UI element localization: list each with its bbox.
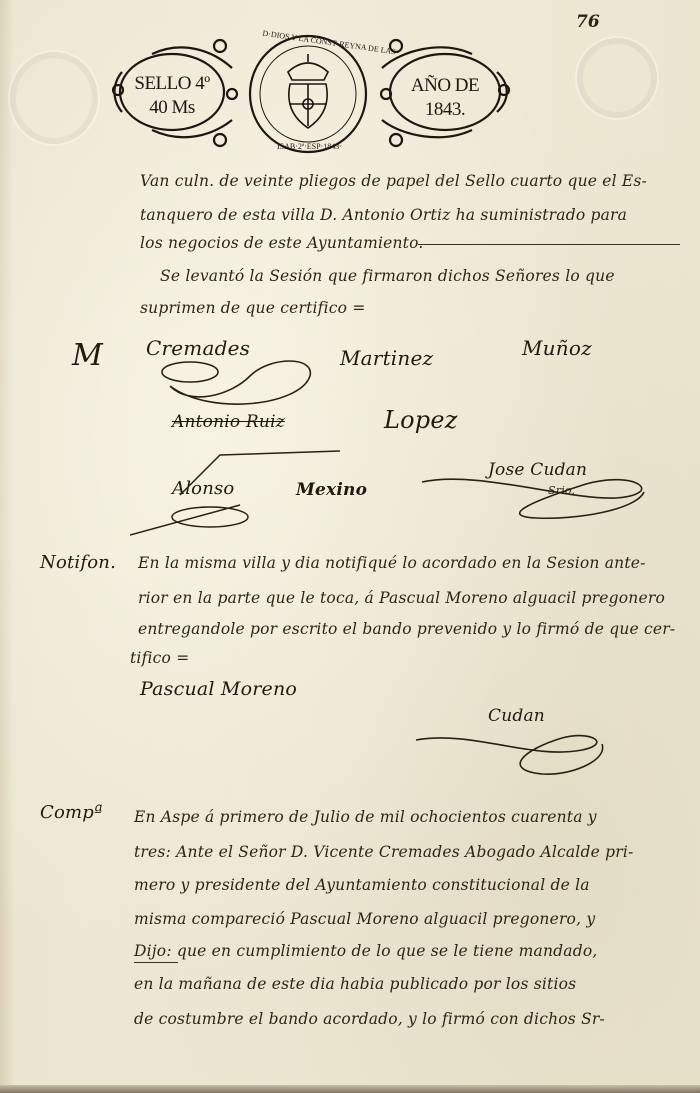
stamp-header: SELLO 4º 40 Ms AÑO DE 1843. D·DIOS Y LA … [112, 32, 512, 162]
session-line-2: suprimen de que certifico = [140, 299, 366, 317]
folio-number: 76 [576, 12, 600, 32]
comparecencia-line-7: de costumbre el bando acordado, y lo fir… [134, 1010, 605, 1028]
rubric-cremades-icon [150, 346, 330, 416]
comparecencia-line-3: mero y presidente del Ayuntamiento const… [134, 876, 590, 894]
signature-m: M [72, 338, 103, 373]
stamp-left-oval: SELLO 4º 40 Ms [132, 72, 212, 120]
stamp-year-value: 1843. [400, 98, 490, 122]
manuscript-page: 76 [0, 0, 700, 1093]
signature-pascual-moreno: Pascual Moreno [140, 678, 297, 700]
embossed-seal-left [8, 50, 100, 146]
rubric-cudan-2-icon [412, 730, 612, 780]
rubric-cudan-icon [416, 470, 656, 530]
notification-line-3: entregandole por escrito el bando preven… [138, 620, 675, 638]
intro-line-3: los negocios de este Ayuntamiento. [140, 234, 424, 252]
signature-mexino: Mexino [296, 480, 367, 500]
stamp-year-label: AÑO DE [400, 74, 490, 98]
comparecencia-line-1: En Aspe á primero de Julio de mil ochoci… [134, 808, 597, 826]
stamp-sello-label: SELLO 4º [132, 72, 212, 96]
notification-line-4: tifico = [130, 649, 189, 667]
intro-line-2: tanquero de esta villa D. Antonio Ortiz … [140, 206, 627, 224]
page-bottom-edge [0, 1085, 700, 1093]
comparecencia-line-5: Dijo: que en cumplimiento de lo que se l… [134, 942, 598, 960]
notification-line-2: rior en la parte que le toca, á Pascual … [138, 589, 665, 607]
margin-label-notificacion: Notifon. [40, 552, 116, 573]
seal-legend-bottom: ISAB·2ª·ESP·1843· [277, 142, 342, 151]
signature-munoz: Muñoz [522, 336, 592, 360]
comparecencia-line-2: tres: Ante el Señor D. Vicente Cremades … [134, 843, 633, 861]
signature-lopez: Lopez [384, 406, 458, 434]
stamp-right-oval: AÑO DE 1843. [400, 74, 490, 122]
stamp-price-label: 40 Ms [132, 96, 212, 120]
intro-line-1: Van culn. de veinte pliegos de papel del… [140, 172, 647, 190]
signature-antonio-ruiz: Antonio Ruiz [172, 412, 285, 432]
signature-cudan: Cudan [488, 706, 545, 726]
embossed-seal-right [575, 36, 659, 120]
notification-line-1: En la misma villa y dia notifiqué lo aco… [138, 554, 646, 572]
session-line-1: Se levantó la Sesión que firmaron dichos… [160, 267, 615, 285]
comparecencia-line-6: en la mañana de este dia habia publicado… [134, 975, 576, 993]
comparecencia-line-4: misma compareció Pascual Moreno alguacil… [134, 910, 595, 928]
margin-label-comparecencia: Compª [40, 802, 103, 823]
signature-martinez: Martinez [340, 346, 433, 370]
dijo-underline [134, 962, 178, 963]
intro-closing-rule [418, 244, 680, 245]
